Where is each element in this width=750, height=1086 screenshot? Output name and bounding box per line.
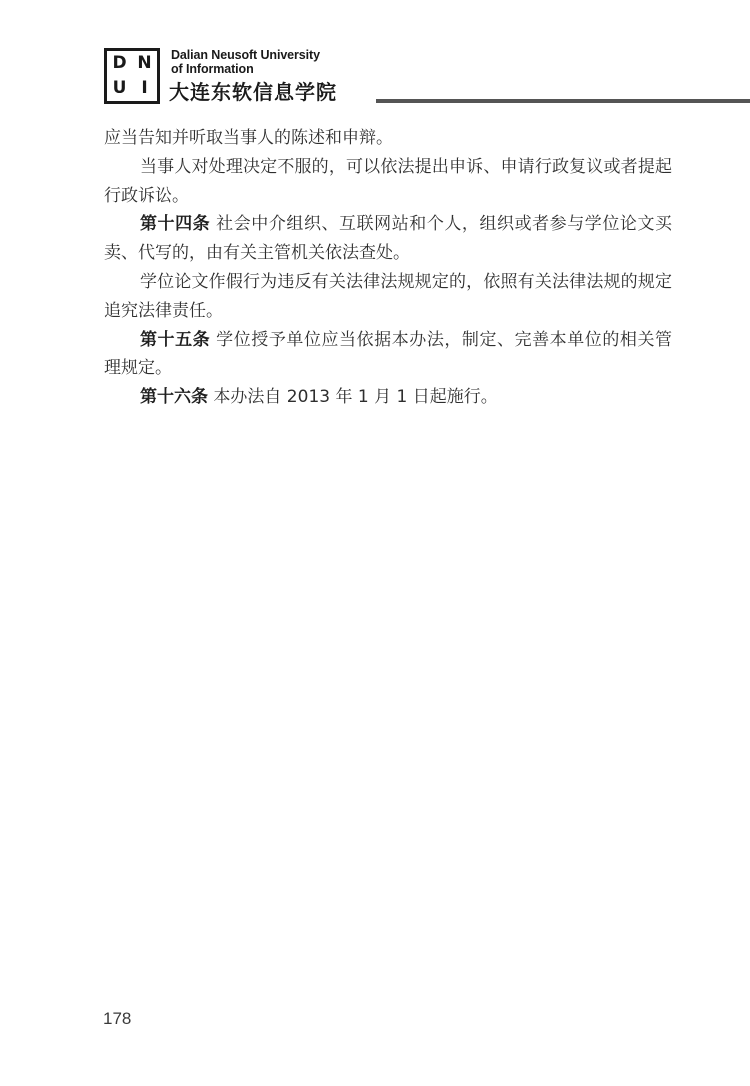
logo-letter-d: D bbox=[107, 51, 132, 76]
header-divider bbox=[376, 99, 750, 103]
paragraph-text: 应当告知并听取当事人的陈述和申辩。 bbox=[104, 128, 393, 148]
article-14: 第十四条 社会中介组织、互联网站和个人，组织或者参与学位论文买卖、代写的，由有关… bbox=[104, 210, 672, 268]
logo-letter-n: N bbox=[132, 51, 157, 76]
institution-name-en-line1: Dalian Neusoft University bbox=[171, 48, 320, 62]
institution-name-english: Dalian Neusoft University of Information bbox=[171, 48, 320, 76]
page-number: 178 bbox=[103, 1009, 131, 1029]
article-number: 第十四条 bbox=[140, 214, 210, 234]
logo-letter-i: I bbox=[132, 76, 157, 101]
article-number: 第十六条 bbox=[140, 387, 208, 407]
institution-name-en-line2: of Information bbox=[171, 62, 320, 76]
document-body: 应当告知并听取当事人的陈述和申辩。 当事人对处理决定不服的，可以依法提出申诉、申… bbox=[104, 124, 672, 412]
page-header: D N U I Dalian Neusoft University of Inf… bbox=[0, 0, 750, 110]
article-15: 第十五条 学位授予单位应当依据本办法，制定、完善本单位的相关管理规定。 bbox=[104, 326, 672, 384]
paragraph-text: 本办法自 2013 年 1 月 1 日起施行。 bbox=[208, 387, 498, 407]
article-16: 第十六条 本办法自 2013 年 1 月 1 日起施行。 bbox=[104, 383, 672, 412]
paragraph-text: 学位论文作假行为违反有关法律法规规定的，依照有关法律法规的规定追究法律责任。 bbox=[104, 272, 672, 321]
university-logo: D N U I bbox=[104, 48, 160, 104]
paragraph-1: 应当告知并听取当事人的陈述和申辩。 bbox=[104, 124, 672, 153]
paragraph-4: 学位论文作假行为违反有关法律法规规定的，依照有关法律法规的规定追究法律责任。 bbox=[104, 268, 672, 326]
article-number: 第十五条 bbox=[140, 330, 210, 350]
paragraph-text: 当事人对处理决定不服的，可以依法提出申诉、申请行政复议或者提起行政诉讼。 bbox=[104, 157, 672, 206]
logo-letter-u: U bbox=[107, 76, 132, 101]
institution-name-chinese: 大连东软信息学院 bbox=[169, 80, 337, 104]
paragraph-2: 当事人对处理决定不服的，可以依法提出申诉、申请行政复议或者提起行政诉讼。 bbox=[104, 153, 672, 211]
